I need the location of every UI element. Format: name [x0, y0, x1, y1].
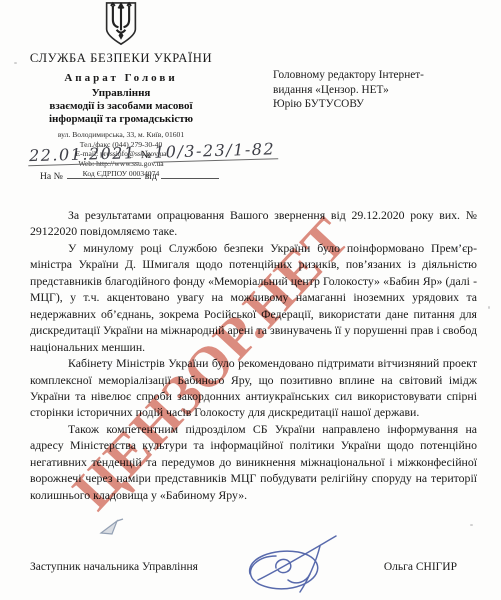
reply-ref-line: На №від — [40, 169, 219, 182]
addressee-line: видання «Цензор. НЕТ» — [273, 83, 478, 98]
paragraph: За результатами опрацювання Вашого зверн… — [30, 207, 477, 240]
paragraph: Також компетентним підрозділом СБ Україн… — [30, 421, 477, 503]
org-address: вул. Володимирська, 33, м. Київ, 01601 — [26, 130, 216, 140]
na-label: На № — [40, 171, 63, 182]
ukraine-trident-emblem-icon — [102, 1, 140, 46]
addressee-line: Юрію БУТУСОВУ — [273, 97, 478, 112]
org-department: Управління взаємодії із засобами масової… — [26, 87, 216, 126]
handwritten-signature — [232, 530, 340, 598]
department-line: інформації та громадськістю — [26, 113, 216, 126]
scanned-letter-page: СЛУЖБА БЕЗПЕКИ УКРАЇНИ Апарат Голови Упр… — [0, 0, 501, 600]
letter-body: За результатами опрацювання Вашого зверн… — [30, 207, 477, 503]
scan-speck — [14, 62, 17, 64]
signer-name: Ольга СНІГИР — [384, 561, 457, 573]
org-name: СЛУЖБА БЕЗПЕКИ УКРАЇНИ — [26, 51, 216, 66]
handwritten-number: 10/3-23/1-82 — [153, 139, 279, 162]
org-apparatus: Апарат Голови — [26, 72, 216, 84]
blank-line — [161, 169, 219, 179]
number-sign: № — [139, 149, 154, 161]
scan-speck — [488, 306, 490, 309]
handwritten-date: 22.01.2021 — [28, 143, 139, 166]
department-line: Управління — [26, 87, 216, 100]
paragraph: Кабінету Міністрів України було рекоменд… — [30, 355, 477, 421]
addressee-line: Головному редактору Інтернет- — [273, 68, 478, 83]
vid-label: від — [145, 171, 157, 182]
department-line: взаємодії із засобами масової — [26, 100, 216, 113]
pen-mark-icon — [98, 518, 124, 538]
scan-speck — [470, 524, 473, 526]
addressee-block: Головному редактору Інтернет- видання «Ц… — [273, 68, 478, 112]
paragraph: У минулому році Службою безпеки України … — [30, 240, 477, 355]
signer-title: Заступник начальника Управління — [30, 561, 198, 573]
blank-line — [67, 169, 141, 179]
